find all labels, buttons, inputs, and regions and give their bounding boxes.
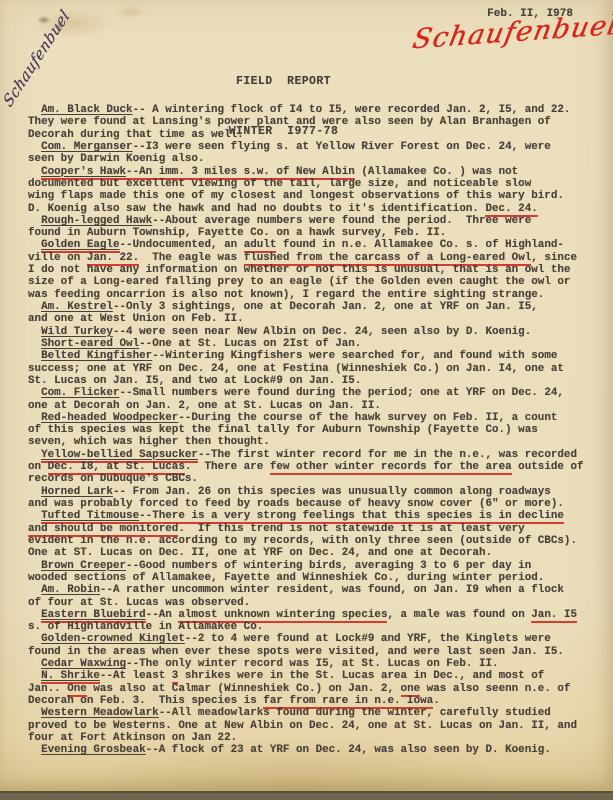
report-entry: Golden-crowned Kinglet--2 to 4 were foun…	[28, 633, 603, 658]
species-name: Com. Flicker	[41, 387, 119, 399]
report-entry: Am. Kestrel--Only 3 sightings, one at De…	[28, 301, 603, 326]
report-entry: Horned Lark-- From Jan. 26 on this speci…	[28, 486, 603, 511]
species-name: Brown Creeper	[41, 560, 126, 572]
typed-text: --One at St. Lucas on 2Ist of Jan.	[139, 338, 361, 350]
typed-text: --A rather uncommon winter resident, was…	[28, 584, 564, 608]
report-entry: Cedar Waxwing--The only winter record wa…	[28, 658, 603, 670]
typed-text	[28, 449, 41, 461]
species-name: Evening Grosbeak	[41, 744, 146, 756]
typed-text: --A flock of 23 at YRF on Dec. 24, was a…	[146, 744, 551, 756]
typed-text: The eagle was	[139, 252, 244, 264]
species-name: Am. Kestrel	[41, 301, 113, 313]
typed-text: , a male was found on	[387, 609, 531, 621]
typed-text	[28, 104, 41, 116]
species-name: Am. Robin	[41, 584, 100, 596]
typed-text	[28, 633, 41, 645]
typed-text	[28, 609, 41, 621]
scanned-field-report: Schaufenbuel Feb. II, I978 Schaufenbuel …	[0, 0, 613, 800]
typed-text	[28, 301, 41, 313]
typed-text: --At least	[100, 670, 172, 682]
typed-text	[28, 387, 41, 399]
report-entry: Evening Grosbeak--A flock of 23 at YRF o…	[28, 744, 603, 756]
typed-text: --4 were seen near New Albin on Dec. 24,…	[113, 326, 531, 338]
typed-text: was also at Calmar (Winneshiek Co.) on J…	[87, 683, 401, 695]
typed-text	[28, 166, 41, 178]
typed-text	[28, 707, 41, 719]
species-name: Horned Lark	[41, 486, 113, 498]
report-entry: Com. Merganser--I3 were seen flying s. a…	[28, 141, 603, 166]
species-name: Belted Kingfisher	[41, 350, 152, 362]
report-entry: Tufted Titmouse--There is a very strong …	[28, 510, 603, 559]
typed-text: --The only winter record was I5, at St. …	[126, 658, 499, 670]
report-entry: Com. Flicker--Small numbers were found d…	[28, 387, 603, 412]
typed-text: . There are	[185, 461, 270, 473]
report-entry: Short-eared Owl--One at St. Lucas on 2Is…	[28, 338, 603, 350]
report-entry: Wild Turkey--4 were seen near New Albin …	[28, 326, 603, 338]
species-name: Golden-crowned Kinglet	[41, 633, 185, 645]
typed-text	[28, 338, 41, 350]
typed-text	[28, 670, 41, 682]
report-title: FIELD REPORT	[0, 74, 567, 91]
species-name: Com. Merganser	[41, 141, 133, 153]
report-entry: Brown Creeper--Good numbers of wintering…	[28, 560, 603, 585]
report-entry: Yellow-bellied Sapsucker--The first wint…	[28, 449, 603, 486]
typed-text	[28, 141, 41, 153]
typed-text: --An	[146, 609, 179, 621]
typed-text	[28, 560, 41, 572]
report-entry: Am. Robin--A rather uncommon winter resi…	[28, 584, 603, 609]
report-entry: Western Meadowlark--All meadowlarks foun…	[28, 707, 603, 744]
red-underline-annotation: few other winter records for the area	[270, 461, 512, 475]
species-name: Am. Black Duck	[41, 104, 133, 116]
report-entry: Golden Eagle--Undocumented, an adult fou…	[28, 239, 603, 301]
species-name: Wild Turkey	[41, 326, 113, 338]
typed-text	[28, 350, 41, 362]
typed-text	[28, 658, 41, 670]
report-entry: Cooper's Hawk--An imm. 3 miles s.w. of N…	[28, 166, 603, 215]
typed-text	[28, 584, 41, 596]
report-entry: Rough-legged Hawk--About average numbers…	[28, 215, 603, 240]
species-name: Western Meadowlark	[41, 707, 159, 719]
species-name: Red-headed Woodpecker	[41, 412, 178, 424]
report-entry: Red-headed Woodpecker--During the course…	[28, 412, 603, 449]
typed-text	[28, 326, 41, 338]
report-entry: Belted Kingfisher--Wintering Kingfishers…	[28, 350, 603, 387]
report-entry: N. Shrike--At least 3 shrikes were in th…	[28, 670, 603, 707]
paper-sheet: Schaufenbuel Feb. II, I978 Schaufenbuel …	[0, 0, 613, 791]
typed-text	[28, 412, 41, 424]
typed-text	[28, 744, 41, 756]
typed-text	[28, 486, 41, 498]
report-body: Am. Black Duck-- A wintering flock of I4…	[28, 104, 603, 757]
typed-text: .	[433, 695, 440, 707]
species-name: Rough-legged Hawk	[41, 215, 152, 227]
species-name: Short-eared Owl	[41, 338, 139, 350]
red-underline-annotation: Jan. I5	[531, 609, 577, 623]
report-entry: Eastern Bluebird--An almost unknown wint…	[28, 609, 603, 634]
report-entry: Am. Black Duck-- A wintering flock of I4…	[28, 104, 603, 141]
typed-text	[28, 510, 41, 522]
typed-text	[28, 215, 41, 227]
species-name: Cedar Waxwing	[41, 658, 126, 670]
typed-text: --Undocumented, an	[120, 239, 244, 251]
typed-text	[28, 239, 41, 251]
typed-text: s. of Highlandville in Allamakee Co.	[28, 621, 263, 633]
